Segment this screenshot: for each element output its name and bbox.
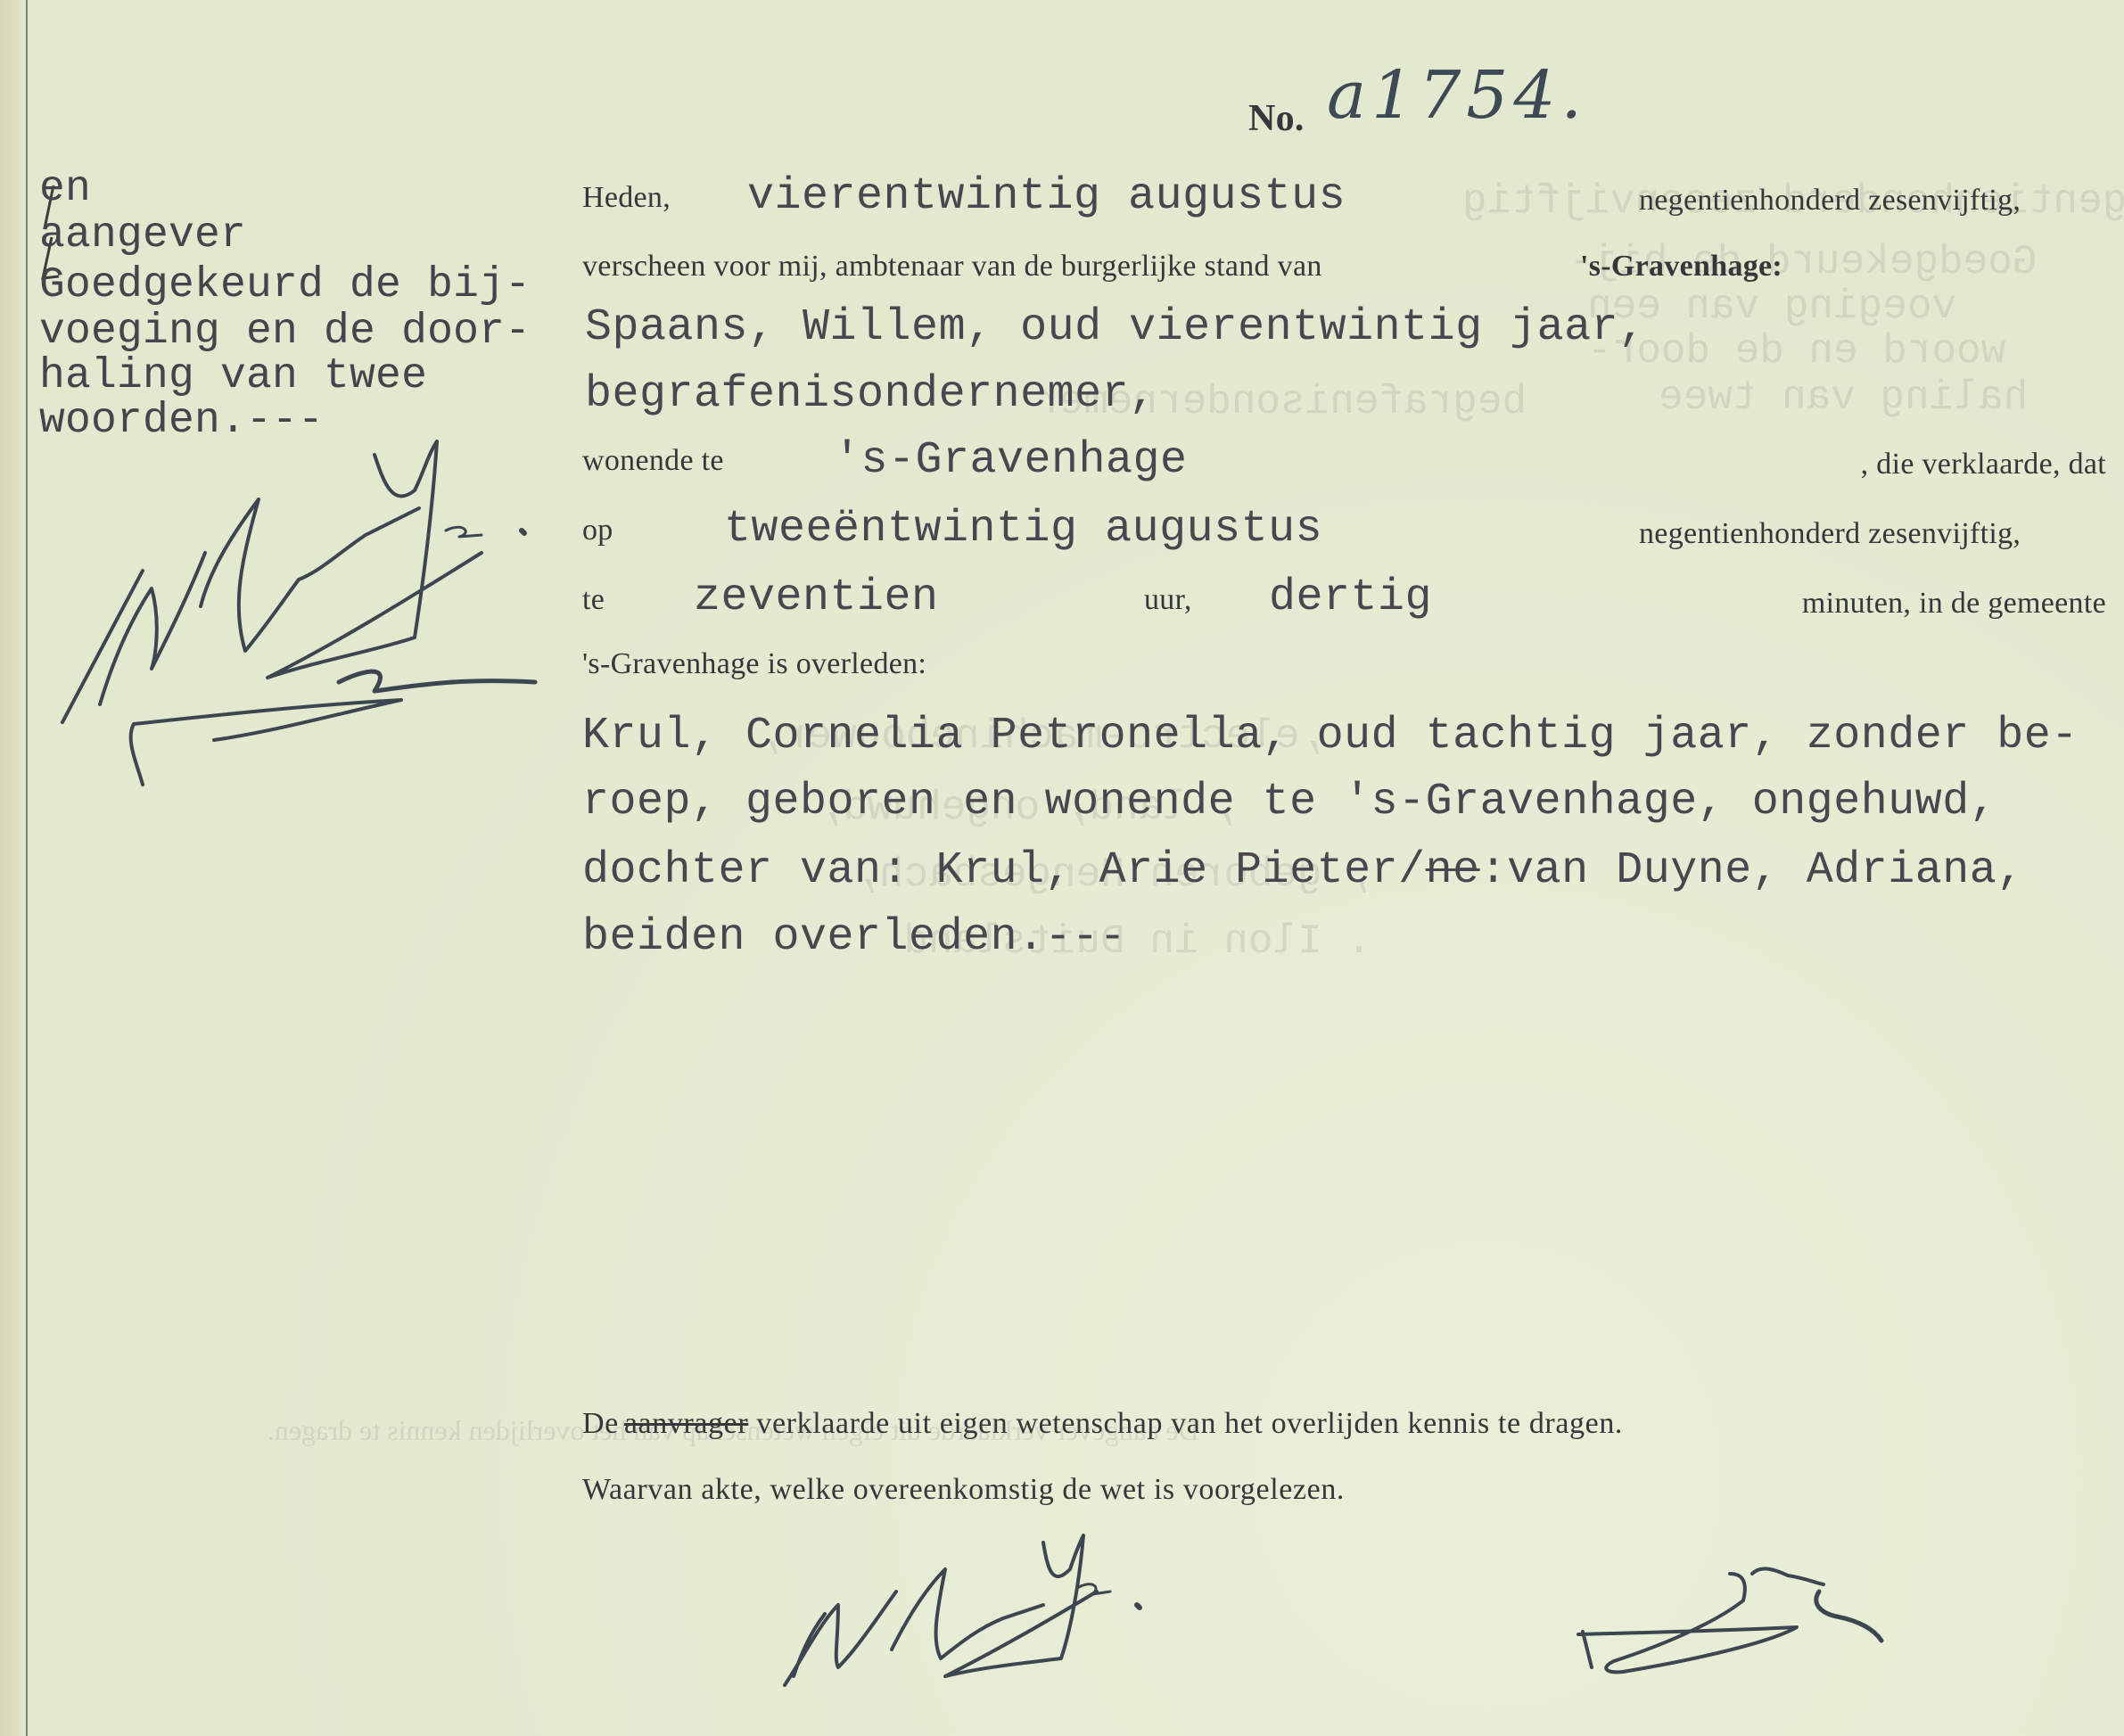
death-hour: zeventien bbox=[694, 576, 939, 621]
bleed-through-text: woord en de door- bbox=[1587, 328, 2005, 374]
deceased-line: roep, geboren en wonende te 's-Gravenhag… bbox=[582, 780, 1996, 825]
struck-word: ne bbox=[1426, 845, 1480, 896]
label-op: op bbox=[582, 515, 613, 546]
registration-date: vierentwintig augustus bbox=[747, 175, 1346, 219]
closing-declaration: Deaanvrager verklaarde uit eigen wetensc… bbox=[582, 1409, 1623, 1439]
municipality: 's-Gravenhage: bbox=[1580, 251, 1782, 282]
deceased-place-text: 's-Gravenhage is overleden: bbox=[582, 649, 926, 679]
margin-line: Goedgekeurd de bij- bbox=[39, 264, 531, 307]
deceased-line: beiden overleden.--- bbox=[582, 916, 1126, 960]
margin-line: voeging en de door- bbox=[39, 310, 531, 353]
label-wonende-te: wonende te bbox=[582, 446, 724, 476]
declarant: Spaans, Willem, oud vierentwintig jaar, bbox=[585, 306, 1646, 350]
official-signature bbox=[1569, 1565, 2069, 1707]
deceased-line: dochter van: Krul, Arie Pieter/ne:van Du… bbox=[582, 849, 2024, 893]
label-heden: Heden, bbox=[582, 183, 671, 213]
closing-prefix: De bbox=[582, 1407, 619, 1440]
struck-word: aanvrager bbox=[624, 1407, 748, 1440]
appearance-text: verscheen voor mij, ambtenaar van de bur… bbox=[582, 251, 1322, 282]
margin-line: woorden.--- bbox=[39, 399, 324, 442]
deceased-line: Krul, Cornelia Petronella, oud tachtig j… bbox=[582, 714, 2079, 759]
deceased-parents-prefix: dochter van: Krul, Arie Pieter/ bbox=[582, 845, 1426, 896]
municipality-text: minuten, in de gemeente bbox=[1802, 588, 2106, 619]
closing-read-aloud: Waarvan akte, welke overeenkomstig de we… bbox=[582, 1475, 1345, 1505]
bleed-through-text: haling van twee bbox=[1659, 374, 2028, 421]
death-minutes: dertig bbox=[1269, 576, 1432, 621]
label-uur: uur, bbox=[1144, 585, 1192, 615]
document-page: negentienhonderd zesenvijftig Goedgekeur… bbox=[0, 0, 2124, 1736]
death-date: tweeëntwintig augustus bbox=[724, 507, 1322, 552]
closing-suffix: verklaarde uit eigen wetenschap van het … bbox=[748, 1407, 1623, 1440]
declarant-residence: 's-Gravenhage bbox=[834, 439, 1188, 483]
number-label: No. bbox=[1248, 100, 1305, 137]
margin-line: en bbox=[39, 168, 91, 210]
declarant-signature bbox=[785, 1525, 1284, 1703]
registration-year: negentienhonderd zesenvijftig, bbox=[1639, 185, 2021, 216]
deceased-parents-suffix: :van Duyne, Adriana, bbox=[1480, 845, 2024, 896]
margin-line: aangever bbox=[39, 214, 246, 257]
handwritten-number: a1754. bbox=[1327, 62, 1587, 128]
declaration-text: , die verklaarde, dat bbox=[1861, 449, 2106, 480]
margin-signature bbox=[54, 437, 553, 731]
declarant-occupation: begrafenisondernemer, bbox=[585, 373, 1157, 417]
label-te: te bbox=[582, 585, 605, 615]
death-year: negentienhonderd zesenvijftig, bbox=[1639, 519, 2021, 549]
margin-line: haling van twee bbox=[39, 355, 427, 398]
